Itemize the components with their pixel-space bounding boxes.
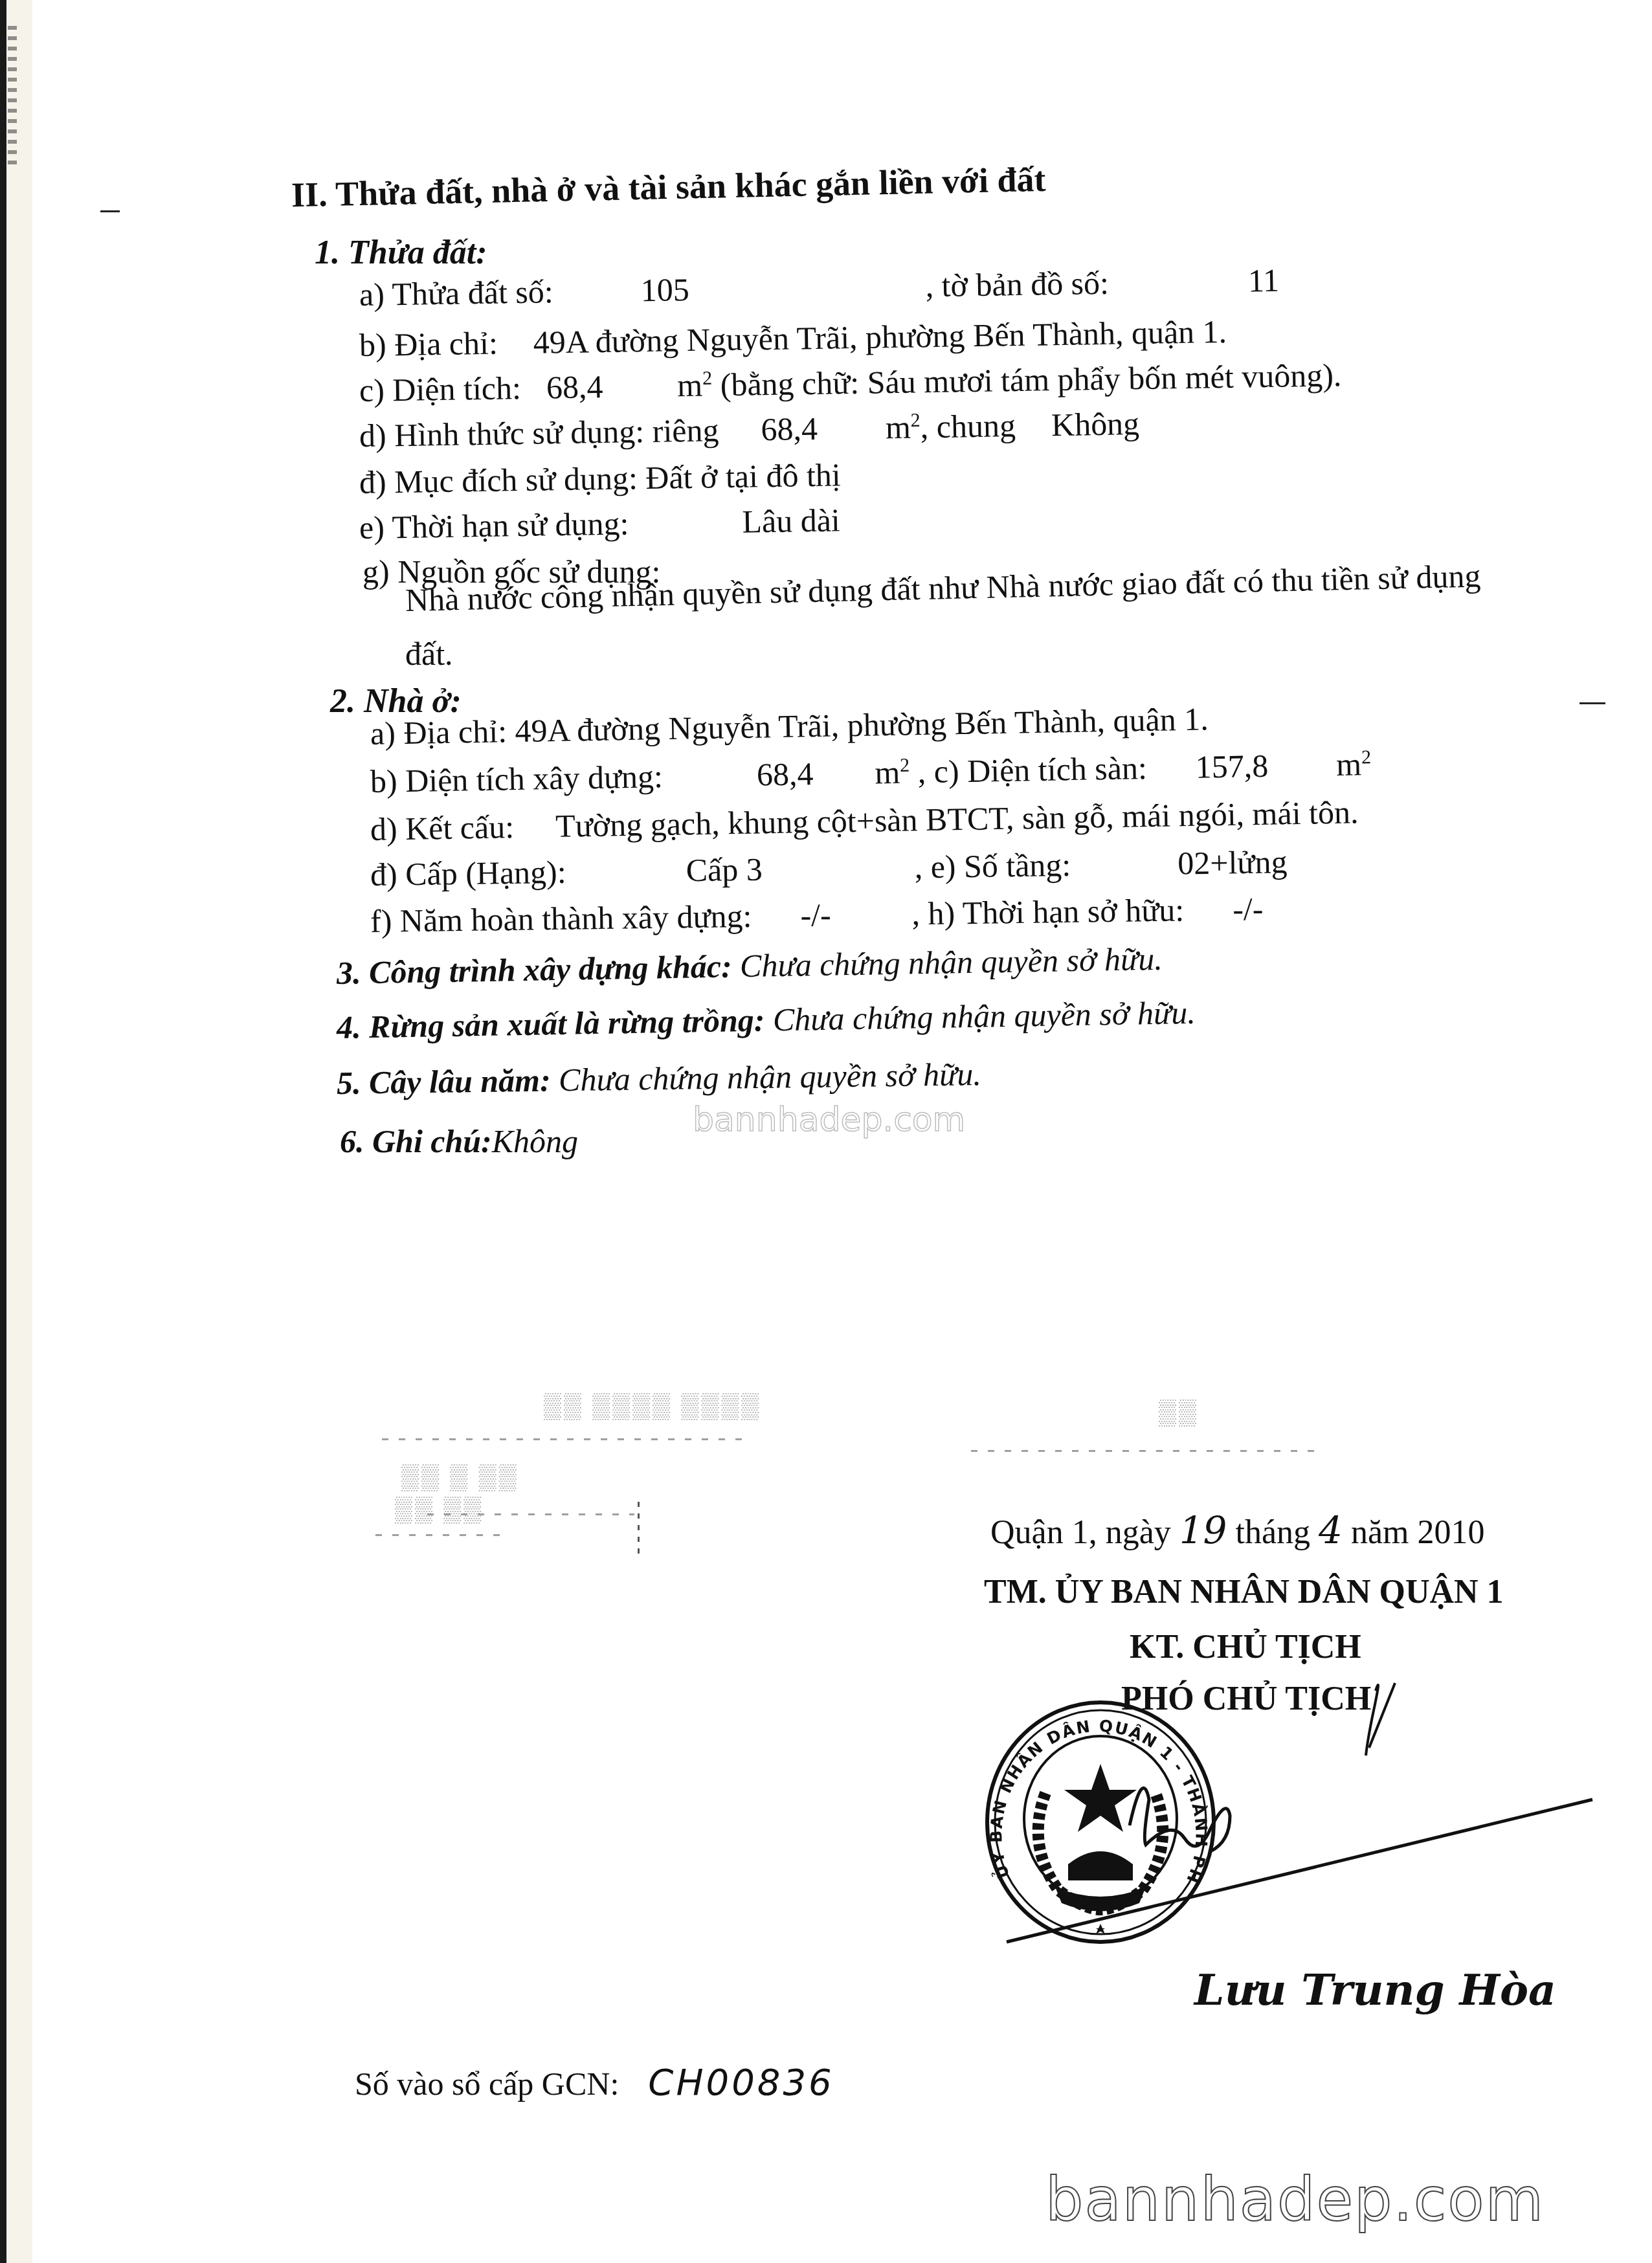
area-row: c) Diện tích: 68,4 m2 (bằng chữ: Sáu mươ…: [359, 359, 1342, 407]
purpose-value: Đất ở tại đô thị: [645, 456, 841, 496]
usage-form-label: d) Hình thức sử dụng: riêng: [359, 412, 719, 454]
grade-value: Cấp 3: [686, 851, 763, 889]
certificate-page: II. Thửa đất, nhà ở và tài sản khác gắn …: [0, 0, 1652, 2263]
faded-residue: ▒▒ ▒▒▒▒ ▒▒▒▒: [544, 1392, 761, 1420]
date-day: 19: [1179, 1508, 1227, 1552]
faded-residue: ▒▒ ▒▒: [395, 1495, 484, 1524]
date-month: 4: [1319, 1508, 1343, 1552]
house-area-row: b) Diện tích xây dựng: 68,4 m2 , c) Diện…: [370, 748, 1372, 797]
registry-label: Số vào sổ cấp GCN:: [355, 2066, 619, 2102]
grade-row: đ) Cấp (Hạng): Cấp 3 , e) Số tầng: 02+lử…: [370, 845, 1288, 891]
faded-rule: [971, 1450, 1321, 1452]
house-address-label: a) Địa chỉ:: [370, 713, 508, 752]
grade-label: đ) Cấp (Hạng):: [370, 854, 566, 893]
other-construction-label: 3. Công trình xây dựng khác:: [337, 948, 733, 991]
other-construction-row: 3. Công trình xây dựng khác: Chưa chứng …: [337, 942, 1163, 989]
faded-tick: [638, 1502, 640, 1560]
structure-row: d) Kết cấu: Tường gạch, khung cột+sàn BT…: [370, 796, 1359, 845]
parcel-number: 105: [640, 271, 689, 308]
house-address-value: 49A đường Nguyễn Trãi, phường Bến Thành,…: [515, 700, 1209, 749]
date-year: năm 2010: [1351, 1514, 1485, 1551]
ownership-term-value: -/-: [1233, 891, 1264, 928]
area-unit: m: [677, 367, 703, 404]
completion-value: -/-: [800, 897, 831, 933]
address-label: b) Địa chỉ:: [359, 325, 498, 363]
build-area-label: b) Diện tích xây dựng:: [370, 758, 664, 799]
note-value: Không: [492, 1123, 578, 1159]
structure-value: Tường gạch, khung cột+sàn BTCT, sàn gỗ, …: [555, 794, 1359, 844]
registry-row: Số vào sổ cấp GCN: CH00836: [355, 2062, 834, 2104]
registry-number: CH00836: [648, 2062, 834, 2104]
faded-rule: [382, 1438, 744, 1440]
floors-label: , e) Số tầng:: [914, 847, 1071, 885]
watermark-mid: bannhadep.com: [693, 1100, 965, 1139]
note-label: 6. Ghi chú:: [340, 1123, 492, 1159]
forest-label: 4. Rừng sản xuất là rừng trồng:: [337, 1001, 765, 1045]
structure-label: d) Kết cấu:: [370, 808, 515, 847]
forest-row: 4. Rừng sản xuất là rừng trồng: Chưa chứ…: [337, 996, 1196, 1043]
faded-residue: ▒▒ ▒ ▒▒: [401, 1463, 519, 1491]
date-prefix: Quận 1, ngày: [990, 1514, 1171, 1551]
issue-date: Quận 1, ngày 19 tháng 4 năm 2010: [990, 1508, 1485, 1552]
term-value: Lâu dài: [742, 502, 840, 539]
completion-label: f) Năm hoàn thành xây dựng:: [370, 898, 752, 939]
official-seal-icon: ỦY BAN NHÂN DÂN QUẬN 1 - THÀNH PHỐ HỒ CH…: [977, 1689, 1223, 1948]
term-label: e) Thời hạn sử dụng:: [359, 505, 629, 546]
usage-form-row: d) Hình thức sử dụng: riêng 68,4 m2, chu…: [359, 407, 1140, 452]
map-number: 11: [1247, 262, 1279, 299]
usage-shared-label: , chung: [920, 407, 1016, 445]
date-month-label: tháng: [1236, 1514, 1311, 1551]
purpose-label: đ) Mục đích sử dụng:: [359, 460, 638, 500]
term-row: e) Thời hạn sử dụng: Lâu dài: [359, 504, 840, 544]
area-words: (bằng chữ: Sáu mươi tám phẩy bốn mét vuô…: [720, 357, 1341, 403]
floor-area-label: , c) Diện tích sàn:: [917, 750, 1147, 790]
area-value: 68,4: [546, 368, 603, 405]
origin-line-2: đất.: [405, 638, 453, 670]
build-area-value: 68,4: [756, 755, 813, 793]
perennial-label: 5. Cây lâu năm:: [337, 1062, 551, 1101]
land-heading: 1. Thửa đất:: [315, 236, 487, 270]
watermark-footer: bannhadep.com: [1045, 2165, 1545, 2235]
on-behalf-line: KT. CHỦ TỊCH: [1130, 1628, 1361, 1666]
area-label: c) Diện tích:: [359, 370, 522, 408]
perennial-value: Chưa chứng nhận quyền sở hữu.: [559, 1056, 982, 1098]
usage-private: 68,4: [761, 410, 818, 447]
completion-row: f) Năm hoàn thành xây dựng: -/- , h) Thờ…: [370, 893, 1264, 937]
section-title: II. Thửa đất, nhà ở và tài sản khác gắn …: [291, 162, 1046, 212]
parcel-row: a) Thửa đất số: 105 , tờ bản đồ số: 11: [359, 264, 1280, 311]
floor-area-value: 157,8: [1195, 748, 1268, 785]
faded-residue: ▒▒: [1159, 1398, 1199, 1427]
signer-name: Lưu Trung Hòa: [1194, 1965, 1556, 2015]
address-value: 49A đường Nguyễn Trãi, phường Bến Thành,…: [533, 313, 1227, 361]
floors-value: 02+lửng: [1178, 843, 1288, 881]
issuing-org: TM. ỦY BAN NHÂN DÂN QUẬN 1: [984, 1573, 1504, 1611]
ownership-term-label: , h) Thời hạn sở hữu:: [911, 891, 1184, 931]
faded-rule: [375, 1534, 505, 1536]
map-label: , tờ bản đồ số:: [925, 265, 1109, 304]
other-construction-value: Chưa chứng nhận quyền sở hữu.: [740, 941, 1163, 984]
faded-rule: [427, 1513, 634, 1515]
purpose-row: đ) Mục đích sử dụng: Đất ở tại đô thị: [359, 458, 841, 498]
address-row: b) Địa chỉ: 49A đường Nguyễn Trãi, phườn…: [359, 315, 1227, 361]
perennial-row: 5. Cây lâu năm: Chưa chứng nhận quyền sở…: [337, 1058, 982, 1099]
forest-value: Chưa chứng nhận quyền sở hữu.: [772, 994, 1196, 1038]
house-address-row: a) Địa chỉ: 49A đường Nguyễn Trãi, phườn…: [370, 702, 1209, 750]
usage-shared: Không: [1051, 405, 1140, 443]
parcel-label: a) Thửa đất số:: [359, 273, 554, 313]
note-row: 6. Ghi chú:Không: [340, 1125, 578, 1157]
